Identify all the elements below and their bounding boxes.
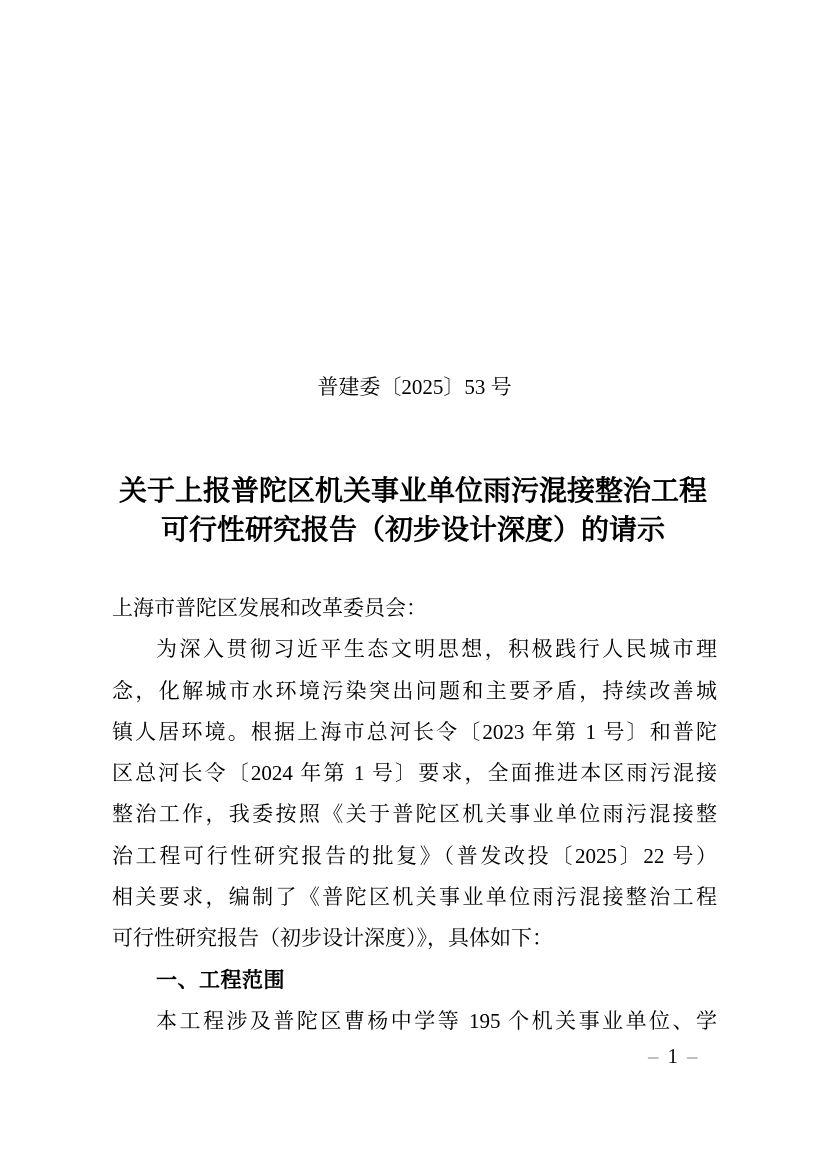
body-line: 区总河长令〔2024 年第 1 号〕要求，全面推进本区雨污混接: [112, 753, 717, 794]
title-line-1: 关于上报普陀区机关事业单位雨污混接整治工程: [56, 472, 770, 511]
page-number-dash-right: –: [687, 1042, 698, 1070]
body-line: 可行性研究报告（初步设计深度）》，具体如下：: [112, 918, 717, 959]
page-number-dash-left: –: [648, 1042, 659, 1070]
title-line-2: 可行性研究报告（初步设计深度）的请示: [56, 511, 770, 550]
body-line: 相关要求，编制了《普陀区机关事业单位雨污混接整治工程: [112, 877, 717, 918]
document-title: 关于上报普陀区机关事业单位雨污混接整治工程 可行性研究报告（初步设计深度）的请示: [56, 472, 770, 550]
body-continuation-line: 本工程涉及普陀区曹杨中学等 195 个机关事业单位、学: [112, 1001, 717, 1042]
doc-number: 普建委〔2025〕53 号: [112, 372, 717, 402]
addressee-line: 上海市普陀区发展和改革委员会：: [112, 588, 717, 629]
document-page: 普建委〔2025〕53 号 关于上报普陀区机关事业单位雨污混接整治工程 可行性研…: [0, 0, 826, 1169]
page-number-value: 1: [668, 1042, 679, 1070]
body-line: 治工程可行性研究报告的批复》（普发改投〔2025〕22 号）: [112, 836, 717, 877]
page-number: – 1 –: [648, 1042, 698, 1070]
body-line: 为深入贯彻习近平生态文明思想，积极践行人民城市理: [112, 629, 717, 670]
body-line: 念，化解城市水环境污染突出问题和主要矛盾，持续改善城: [112, 671, 717, 712]
body-line: 镇人居环境。根据上海市总河长令〔2023 年第 1 号〕和普陀: [112, 712, 717, 753]
document-body: 上海市普陀区发展和改革委员会： 为深入贯彻习近平生态文明思想，积极践行人民城市理…: [112, 588, 717, 1042]
body-line: 整治工作，我委按照《关于普陀区机关事业单位雨污混接整: [112, 794, 717, 835]
section-heading: 一、工程范围: [112, 960, 717, 1001]
